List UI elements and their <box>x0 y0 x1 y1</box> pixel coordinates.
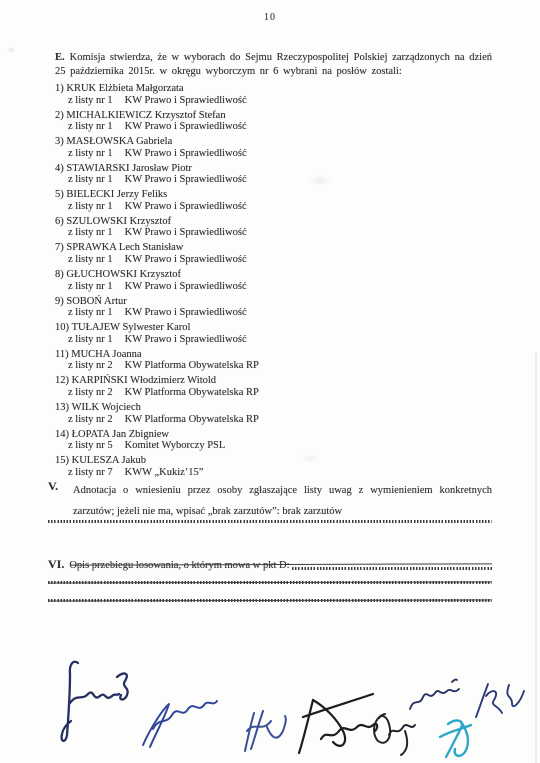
section-vi-row: VI. Opis przebiegu losowania, o którym m… <box>48 557 492 572</box>
elected-entry-name-line: 4) STAWIARSKI Jarosław Piotr <box>55 163 492 175</box>
elected-entry-name-line: 2) MICHALKIEWICZ Krzysztof Stefan <box>55 110 492 122</box>
elected-entry-list-line: z listy nr 2KW Platforma Obywatelska RP <box>55 360 492 372</box>
elected-entry: 11) MUCHA Joanna z listy nr 2KW Platform… <box>55 349 492 372</box>
elected-entry-number: 5) <box>55 189 64 200</box>
elected-entry-list-line: z listy nr 1KW Prawo i Sprawiedliwość <box>55 307 492 319</box>
elected-entry-committee: KW Prawo i Sprawiedliwość <box>125 95 247 106</box>
section-vi-dotted-line-2 <box>48 581 492 584</box>
signature-5 <box>374 714 415 755</box>
elected-entry-number: 12) <box>55 375 69 386</box>
elected-entry-name-line: 8) GŁUCHOWSKI Krzysztof <box>55 269 492 281</box>
elected-entry-committee: KW Prawo i Sprawiedliwość <box>125 334 247 345</box>
elected-entry-name: KULESZA Jakub <box>72 455 146 466</box>
elected-entry-list-number: z listy nr 1 <box>68 227 113 238</box>
elected-entry-committee: Komitet Wyborczy PSL <box>125 440 226 451</box>
section-e-label: E. <box>55 52 65 63</box>
elected-entry-number: 9) <box>55 296 64 307</box>
elected-entry-list-line: z listy nr 2KW Platforma Obywatelska RP <box>55 387 492 399</box>
section-e-text: Komisja stwierdza, że w wyborach do Sejm… <box>55 52 492 77</box>
elected-entry: 8) GŁUCHOWSKI Krzysztof z listy nr 1KW P… <box>55 269 492 292</box>
elected-entry-name-line: 14) ŁOPATA Jan Zbigniew <box>55 429 492 441</box>
elected-entry-list-number: z listy nr 1 <box>68 95 113 106</box>
signature-2 <box>143 701 217 747</box>
elected-entry-list-number: z listy nr 1 <box>68 121 113 132</box>
elected-entry-number: 3) <box>55 136 64 147</box>
elected-deputies-list: 1) KRUK Elżbieta Małgorzata z listy nr 1… <box>55 83 492 482</box>
scan-smudge <box>308 175 332 186</box>
scan-page-edge <box>535 352 537 763</box>
elected-entry-committee: KW Prawo i Sprawiedliwość <box>125 148 247 159</box>
elected-entry: 2) MICHALKIEWICZ Krzysztof Stefan z list… <box>55 110 492 133</box>
elected-entry-name-line: 9) SOBOŃ Artur <box>55 296 492 308</box>
elected-entry-list-line: z listy nr 1KW Prawo i Sprawiedliwość <box>55 227 492 239</box>
elected-entry-name: TUŁAJEW Sylwester Karol <box>72 322 191 333</box>
elected-entry-committee: KW Prawo i Sprawiedliwość <box>125 174 247 185</box>
elected-entry-number: 1) <box>55 83 64 94</box>
elected-entry-list-number: z listy nr 1 <box>68 307 113 318</box>
elected-entry: 14) ŁOPATA Jan Zbigniew z listy nr 5Komi… <box>55 429 492 452</box>
elected-entry: 12) KARPIŃSKI Włodzimierz Witold z listy… <box>55 375 492 398</box>
signature-1 <box>62 662 128 741</box>
elected-entry-name: MASŁOWSKA Gabriela <box>66 136 172 147</box>
elected-entry-list-number: z listy nr 1 <box>68 148 113 159</box>
elected-entry-name: KARPIŃSKI Włodzimierz Witold <box>72 375 216 386</box>
elected-entry-committee: KWW „Kukiz’15” <box>125 467 204 478</box>
elected-entry-name-line: 7) SPRAWKA Lech Stanisław <box>55 242 492 254</box>
section-v-dotted-line <box>48 520 492 523</box>
elected-entry-name: SZULOWSKI Krzysztof <box>66 216 171 227</box>
elected-entry-list-number: z listy nr 5 <box>68 440 113 451</box>
elected-entry-list-number: z listy nr 7 <box>68 467 113 478</box>
elected-entry-name-line: 1) KRUK Elżbieta Małgorzata <box>55 83 492 95</box>
elected-entry-list-line: z listy nr 1KW Prawo i Sprawiedliwość <box>55 95 492 107</box>
elected-entry-name: GŁUCHOWSKI Krzysztof <box>66 269 181 280</box>
elected-entry-name: SOBOŃ Artur <box>66 296 126 307</box>
elected-entry-committee: KW Prawo i Sprawiedliwość <box>125 281 247 292</box>
elected-entry-number: 6) <box>55 216 64 227</box>
section-vi-label: VI. <box>48 557 64 572</box>
elected-entry-committee: KW Platforma Obywatelska RP <box>125 387 259 398</box>
elected-entry: 1) KRUK Elżbieta Małgorzata z listy nr 1… <box>55 83 492 106</box>
elected-entry-name-line: 12) KARPIŃSKI Włodzimierz Witold <box>55 375 492 387</box>
elected-entry-name-line: 15) KULESZA Jakub <box>55 455 492 467</box>
section-vi-dotted-line-3 <box>48 599 492 602</box>
elected-entry-number: 13) <box>55 402 69 413</box>
elected-entry-committee: KW Prawo i Sprawiedliwość <box>125 121 247 132</box>
elected-entry-name-line: 11) MUCHA Joanna <box>55 349 492 361</box>
elected-entry-list-line: z listy nr 1KW Prawo i Sprawiedliwość <box>55 174 492 186</box>
elected-entry-name: ŁOPATA Jan Zbigniew <box>72 429 169 440</box>
section-v-label: V. <box>48 479 58 494</box>
elected-entry-number: 4) <box>55 163 64 174</box>
elected-entry-list-line: z listy nr 1KW Prawo i Sprawiedliwość <box>55 281 492 293</box>
elected-entry-committee: KW Platforma Obywatelska RP <box>125 414 259 425</box>
elected-entry-number: 14) <box>55 429 69 440</box>
elected-entry-committee: KW Prawo i Sprawiedliwość <box>125 201 247 212</box>
elected-entry-list-number: z listy nr 2 <box>68 387 113 398</box>
signature-7 <box>476 684 524 717</box>
elected-entry-list-number: z listy nr 2 <box>68 360 113 371</box>
signature-8 <box>440 721 471 757</box>
elected-entry-list-number: z listy nr 2 <box>68 414 113 425</box>
elected-entry-list-number: z listy nr 1 <box>68 281 113 292</box>
elected-entry-name-line: 6) SZULOWSKI Krzysztof <box>55 216 492 228</box>
elected-entry-name-line: 10) TUŁAJEW Sylwester Karol <box>55 322 492 334</box>
elected-entry: 5) BIELECKI Jerzy Feliks z listy nr 1KW … <box>55 189 492 212</box>
elected-entry-name: SPRAWKA Lech Stanisław <box>66 242 183 253</box>
elected-entry: 15) KULESZA Jakub z listy nr 7KWW „Kukiz… <box>55 455 492 478</box>
page-number: 10 <box>0 12 540 23</box>
section-vi-dotted-leader <box>292 567 492 570</box>
signature-4 <box>299 694 377 753</box>
elected-entry-name-line: 13) WILK Wojciech <box>55 402 492 414</box>
elected-entry-committee: KW Prawo i Sprawiedliwość <box>125 227 247 238</box>
elected-entry-committee: KW Platforma Obywatelska RP <box>125 360 259 371</box>
signature-3 <box>245 711 286 751</box>
elected-entry-name: BIELECKI Jerzy Feliks <box>66 189 167 200</box>
elected-entry-name: MICHALKIEWICZ Krzysztof Stefan <box>66 110 225 121</box>
elected-entry-list-number: z listy nr 1 <box>68 334 113 345</box>
section-v-text: Adnotacja o wniesieniu przez osoby zgłas… <box>73 480 492 522</box>
section-v-paragraph: V. Adnotacja o wniesieniu przez osoby zg… <box>48 480 492 522</box>
signature-6 <box>410 680 459 709</box>
elected-entry-number: 8) <box>55 269 64 280</box>
elected-entry-name: KRUK Elżbieta Małgorzata <box>66 83 183 94</box>
elected-entry: 9) SOBOŃ Artur z listy nr 1KW Prawo i Sp… <box>55 296 492 319</box>
elected-entry: 3) MASŁOWSKA Gabriela z listy nr 1KW Pra… <box>55 136 492 159</box>
elected-entry-number: 7) <box>55 242 64 253</box>
scan-smudge <box>300 454 320 463</box>
elected-entry-list-line: z listy nr 7KWW „Kukiz’15” <box>55 467 492 479</box>
elected-entry-list-line: z listy nr 1KW Prawo i Sprawiedliwość <box>55 254 492 266</box>
elected-entry-name: MUCHA Joanna <box>71 349 141 360</box>
section-vi-text-struck: Opis przebiegu losowania, o którym mowa … <box>69 560 289 571</box>
elected-entry-list-line: z listy nr 5Komitet Wyborczy PSL <box>55 440 492 452</box>
elected-entry-list-line: z listy nr 2KW Platforma Obywatelska RP <box>55 414 492 426</box>
elected-entry-name-line: 5) BIELECKI Jerzy Feliks <box>55 189 492 201</box>
signatures-block <box>0 630 540 763</box>
elected-entry: 4) STAWIARSKI Jarosław Piotr z listy nr … <box>55 163 492 186</box>
elected-entry-list-line: z listy nr 1KW Prawo i Sprawiedliwość <box>55 148 492 160</box>
elected-entry: 13) WILK Wojciech z listy nr 2KW Platfor… <box>55 402 492 425</box>
elected-entry-number: 15) <box>55 455 69 466</box>
elected-entry-name-line: 3) MASŁOWSKA Gabriela <box>55 136 492 148</box>
elected-entry-number: 2) <box>55 110 64 121</box>
elected-entry-list-number: z listy nr 1 <box>68 254 113 265</box>
elected-entry-number: 10) <box>55 322 69 333</box>
elected-entry-list-line: z listy nr 1KW Prawo i Sprawiedliwość <box>55 121 492 133</box>
elected-entry: 6) SZULOWSKI Krzysztof z listy nr 1KW Pr… <box>55 216 492 239</box>
elected-entry-list-line: z listy nr 1KW Prawo i Sprawiedliwość <box>55 201 492 213</box>
elected-entry-name: WILK Wojciech <box>72 402 141 413</box>
elected-entry: 7) SPRAWKA Lech Stanisław z listy nr 1KW… <box>55 242 492 265</box>
elected-entry: 10) TUŁAJEW Sylwester Karol z listy nr 1… <box>55 322 492 345</box>
elected-entry-committee: KW Prawo i Sprawiedliwość <box>125 254 247 265</box>
elected-entry-name: STAWIARSKI Jarosław Piotr <box>66 163 191 174</box>
elected-entry-number: 11) <box>55 349 69 360</box>
elected-entry-list-line: z listy nr 1KW Prawo i Sprawiedliwość <box>55 334 492 346</box>
scan-smudge <box>7 47 15 53</box>
elected-entry-list-number: z listy nr 1 <box>68 174 113 185</box>
section-e-paragraph: E.Komisja stwierdza, że w wyborach do Se… <box>55 51 492 78</box>
elected-entry-list-number: z listy nr 1 <box>68 201 113 212</box>
elected-entry-committee: KW Prawo i Sprawiedliwość <box>125 307 247 318</box>
